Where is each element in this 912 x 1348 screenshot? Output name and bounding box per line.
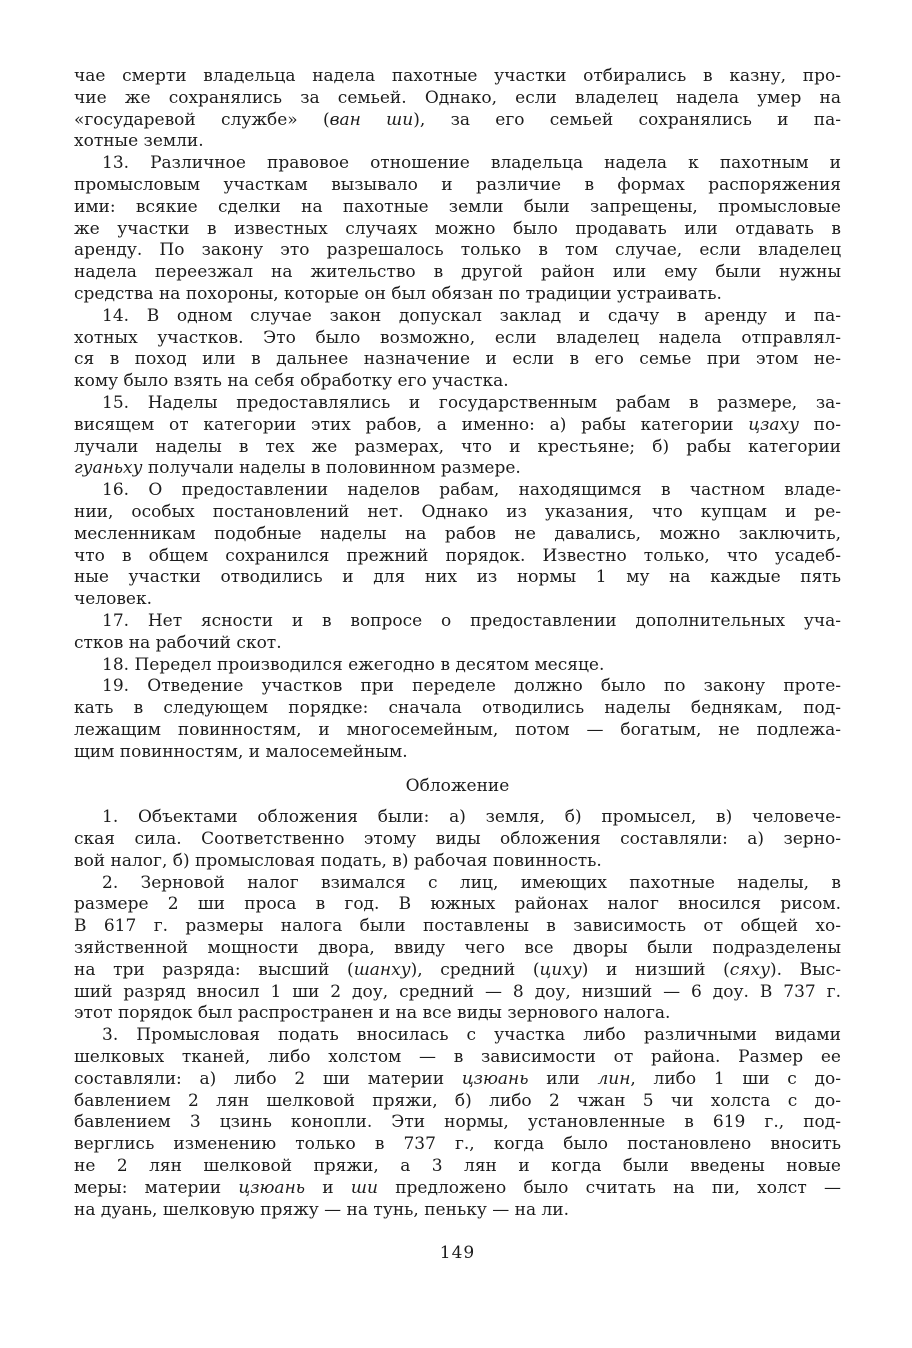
section-taxation: 1. Объектами обложения были: а) земля, б… (74, 807, 841, 1221)
text-line: 17. Нет ясности и в вопросе о предоставл… (74, 611, 841, 633)
text-line: шелковых тканей, либо холстом — в зависи… (74, 1047, 841, 1069)
text-line: 19. Отведение участков при переделе долж… (74, 676, 841, 698)
text-line: составляли: а) либо 2 ши материи цзюань … (74, 1069, 841, 1091)
text-line: месленникам подобные наделы на рабов не … (74, 524, 841, 546)
text-line: «государевой службе» (ван ши), за его се… (74, 110, 841, 132)
text-line: 2. Зерновой налог взимался с лиц, имеющи… (74, 873, 841, 895)
text-line: ший разряд вносил 1 ши 2 доу, средний — … (74, 982, 841, 1004)
paragraph: 2. Зерновой налог взимался с лиц, имеющи… (74, 873, 841, 1026)
text-line: 3. Промысловая подать вносилась с участк… (74, 1025, 841, 1047)
text-line: зяйственной мощности двора, ввиду чего в… (74, 938, 841, 960)
text-line: В 617 г. размеры налога были поставлены … (74, 916, 841, 938)
text-line: 13. Различное правовое отношение владель… (74, 153, 841, 175)
text-line: чие же сохранялись за семьей. Однако, ес… (74, 88, 841, 110)
text-line: ся в поход или в дальнее назначение и ес… (74, 349, 841, 371)
text-line: верглись изменению только в 737 г., когд… (74, 1134, 841, 1156)
text-line: ская сила. Соответственно этому виды обл… (74, 829, 841, 851)
text-line: же участки в известных случаях можно был… (74, 219, 841, 241)
text-line: 15. Наделы предоставлялись и государстве… (74, 393, 841, 415)
text-line: промысловым участкам вызывало и различие… (74, 175, 841, 197)
text-line: бавлением 3 цзинь конопли. Эти нормы, ус… (74, 1112, 841, 1134)
text-line: на три разряда: высший (шанху), средний … (74, 960, 841, 982)
text-line: нии, особых постановлений нет. Однако из… (74, 502, 841, 524)
text-line: не 2 лян шелковой пряжи, а 3 лян и когда… (74, 1156, 841, 1178)
text-line: человек. (74, 589, 841, 611)
text-line: размере 2 ши проса в год. В южных района… (74, 894, 841, 916)
text-line: чае смерти владельца надела пахотные уча… (74, 66, 841, 88)
text-line: надела переезжал на жительство в другой … (74, 262, 841, 284)
page-text: чае смерти владельца надела пахотные уча… (74, 66, 841, 1265)
text-line: 1. Объектами обложения были: а) земля, б… (74, 807, 841, 829)
paragraph: 17. Нет ясности и в вопросе о предоставл… (74, 611, 841, 655)
text-line: средства на похороны, которые он был обя… (74, 284, 841, 306)
text-line: бавлением 2 лян шелковой пряжи, б) либо … (74, 1091, 841, 1113)
text-line: на дуань, шелковую пряжу — на тунь, пень… (74, 1200, 841, 1222)
text-line: этот порядок был распространен и на все … (74, 1003, 841, 1025)
text-line: щим повинностям, и малосемейным. (74, 742, 841, 764)
text-line: кому было взять на себя обработку его уч… (74, 371, 841, 393)
text-line: кать в следующем порядке: сначала отводи… (74, 698, 841, 720)
paragraph: 18. Передел производился ежегодно в деся… (74, 655, 841, 677)
text-line: аренду. По закону это разрешалось только… (74, 240, 841, 262)
paragraph: 13. Различное правовое отношение владель… (74, 153, 841, 306)
text-line: лучали наделы в тех же размерах, что и к… (74, 437, 841, 459)
text-line: ные участки отводились и для них из норм… (74, 567, 841, 589)
section-allotments: чае смерти владельца надела пахотные уча… (74, 66, 841, 764)
text-line: висящем от категории этих рабов, а именн… (74, 415, 841, 437)
paragraph: чае смерти владельца надела пахотные уча… (74, 66, 841, 153)
paragraph: 14. В одном случае закон допускал заклад… (74, 306, 841, 393)
paragraph: 3. Промысловая подать вносилась с участк… (74, 1025, 841, 1221)
text-line: гуаньху получали наделы в половинном раз… (74, 458, 841, 480)
text-line: хотные земли. (74, 131, 841, 153)
section-heading: Обложение (74, 776, 841, 798)
text-line: 14. В одном случае закон допускал заклад… (74, 306, 841, 328)
document-page: чае смерти владельца надела пахотные уча… (0, 0, 912, 1348)
text-line: что в общем сохранился прежний порядок. … (74, 546, 841, 568)
text-line: ими: всякие сделки на пахотные земли был… (74, 197, 841, 219)
text-line: лежащим повинностям, и многосемейным, по… (74, 720, 841, 742)
text-line: меры: материи цзюань и ши предложено был… (74, 1178, 841, 1200)
paragraph: 19. Отведение участков при переделе долж… (74, 676, 841, 763)
page-number: 149 (74, 1243, 841, 1265)
paragraph: 15. Наделы предоставлялись и государстве… (74, 393, 841, 480)
text-line: 18. Передел производился ежегодно в деся… (74, 655, 841, 677)
text-line: хотных участков. Это было возможно, если… (74, 328, 841, 350)
paragraph: 16. О предоставлении наделов рабам, нахо… (74, 480, 841, 611)
text-line: стков на рабочий скот. (74, 633, 841, 655)
text-line: вой налог, б) промысловая подать, в) раб… (74, 851, 841, 873)
paragraph: 1. Объектами обложения были: а) земля, б… (74, 807, 841, 872)
text-line: 16. О предоставлении наделов рабам, нахо… (74, 480, 841, 502)
